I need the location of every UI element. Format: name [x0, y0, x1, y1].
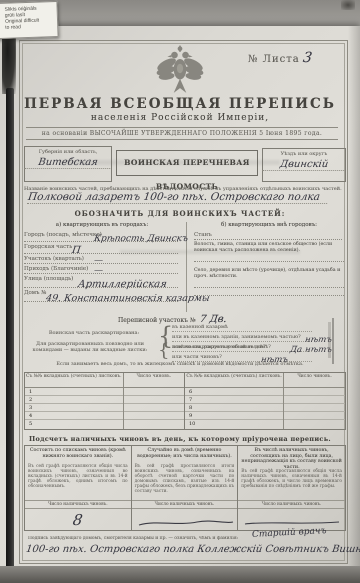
dotted-rule: [194, 280, 344, 288]
census-precinct-label: Переписной участокъ №: [118, 317, 196, 324]
field-parish-value: —: [93, 266, 103, 276]
dotted-rule: [172, 341, 312, 342]
present-ranks-column-1: Состоитъ по спискамъ чиновъ (кромѣ нижня…: [25, 446, 132, 530]
district-box: Уѣздъ или округъ Двинскій: [262, 148, 346, 182]
city-quartering-column: а) квартирующихъ въ городахъ: Городъ (по…: [24, 222, 180, 304]
field-street-label: Улица (площадь): [24, 276, 73, 282]
sheet-number: № Листа3: [248, 50, 313, 66]
table-row: [284, 388, 345, 396]
field-street: Улица (площадь) Артиллерійская: [24, 276, 180, 290]
insert-sheets-left-half: Съ №№ вкладныхъ (счетныхъ) листковъ. 1 2…: [25, 373, 185, 429]
field-precinct-block: Участокъ (кварталъ) —: [24, 256, 180, 266]
count-value: 8: [72, 511, 84, 529]
insert-sheets-right-half: Съ №№ вкладныхъ (счетныхъ) листковъ. 6 7…: [185, 373, 345, 429]
field-house-label: Домъ №: [24, 290, 47, 296]
ink-bleedthrough: [120, 250, 300, 254]
table-row: 5: [25, 420, 123, 428]
sheet-number-value: 3: [302, 50, 314, 66]
quartering-option: или въ казенномъ зданіи, занимаемомъ час…: [172, 334, 332, 344]
scanned-census-form: Slikts oriģināls grūti lasīt Original di…: [0, 0, 360, 583]
present-ranks-column-2: Случайно въ домѣ (временно водворенные; …: [132, 446, 239, 530]
table-row: [284, 404, 345, 412]
field-block-label: Участокъ (кварталъ): [24, 256, 84, 262]
dotted-rule: [172, 331, 312, 332]
sheet-number-column: Съ №№ вкладныхъ (счетныхъ) листковъ. 1 2…: [25, 373, 124, 429]
table-row: [124, 412, 184, 420]
sheet-number-label: № Листа: [248, 54, 300, 65]
whole-house-note: Если занимаетъ весь домъ, то въ жилецком…: [0, 361, 360, 367]
district-label: Уѣздъ или округъ: [263, 151, 345, 157]
column-note: Въ сей графѣ проставляются итоги воински…: [135, 465, 235, 499]
dash-flourish: [243, 518, 341, 528]
imperial-eagle-emblem: [156, 44, 204, 96]
city-column-heading: а) квартирующихъ въ городахъ:: [24, 222, 180, 228]
quartering-group1-label: Воинская часть расквартирована:: [34, 330, 154, 336]
field-city-part-label: Городская часть: [24, 244, 72, 250]
province-label: Губернія или область,: [25, 149, 111, 155]
archive-label: Slikts oriģināls grūti lasīt Original di…: [0, 1, 59, 39]
dotted-rule: [194, 288, 344, 296]
archive-label-line: to read: [5, 23, 55, 31]
table-row: 8: [185, 404, 283, 412]
table-row: 3: [25, 404, 123, 412]
rural-quartering-column: б) квартирующихъ внѣ городовъ: Станъ Вол…: [194, 222, 344, 296]
brace-glyph: {: [158, 340, 169, 361]
rank-count-header: Число чиновъ.: [124, 373, 184, 388]
quartering-option-label: всей части, расположенной въ домѣ?: [172, 344, 271, 350]
torn-corner-mark: [341, 0, 355, 10]
table-row: [124, 396, 184, 404]
quartering-option: въ казенной казармѣ: [172, 324, 332, 334]
table-row: 6: [185, 388, 283, 396]
column-header: Состоитъ по спискамъ чиновъ (кромѣ нижня…: [28, 448, 128, 465]
table-row: 7: [185, 396, 283, 404]
table-row: 4: [25, 412, 123, 420]
field-block-value: —: [93, 256, 103, 266]
table-row: 1: [25, 388, 123, 396]
insert-sheets-table: Съ №№ вкладныхъ (счетныхъ) листковъ. 1 2…: [24, 372, 346, 430]
field-stan-label: Станъ: [194, 232, 212, 238]
census-title: ПЕРВАЯ ВСЕОБЩАЯ ПЕРЕПИСЬ: [0, 96, 360, 112]
census-subtitle: населенія Россійской Имперіи,: [0, 113, 360, 123]
scan-bottom-shadow: [0, 566, 360, 583]
count-value-cell: 8: [28, 510, 128, 528]
count-label: Число наличныхъ чиновъ.: [238, 500, 345, 509]
count-label: Число наличныхъ чиновъ.: [132, 500, 238, 509]
present-ranks-table: Состоитъ по спискамъ чиновъ (кромѣ нижня…: [24, 445, 346, 531]
field-street-value: Артиллерійская: [77, 279, 167, 290]
column-note: Въ сей графѣ проставляются общія числа в…: [28, 465, 128, 499]
field-stan: Станъ: [194, 232, 344, 242]
field-city-value: Крѣпость Двинскъ: [93, 234, 188, 244]
dash-flourish: [137, 518, 235, 528]
quartering-option-label: или въ казенномъ зданіи, занимаемомъ час…: [172, 334, 301, 340]
table-row: [284, 412, 345, 420]
binding-strip: [6, 88, 14, 583]
field-city: Городъ (посадъ, мѣстечко) Крѣпость Двинс…: [24, 232, 180, 244]
count-label: Число наличныхъ чиновъ.: [25, 500, 131, 509]
rank-count-column: Число чиновъ.: [124, 373, 184, 429]
rural-column-heading: б) квартирующихъ внѣ городовъ:: [194, 222, 344, 228]
sheet-number-header: Съ №№ вкладныхъ (счетныхъ) листковъ.: [25, 373, 123, 388]
quartering-option-label: или части чиновъ?: [172, 354, 222, 360]
table-row: [284, 396, 345, 404]
column-header: Случайно въ домѣ (временно водворенные; …: [135, 448, 235, 465]
table-row: [284, 420, 345, 428]
unit-name-value: Полковой лазаретъ 100-го пѣх. Островскаг…: [27, 191, 329, 204]
signature-caption: Подпись завѣдующаго домомъ, смотрителя к…: [28, 536, 288, 541]
sheet-number-column: Съ №№ вкладныхъ (счетныхъ) листковъ. 6 7…: [185, 373, 284, 429]
dotted-rule: [194, 254, 344, 262]
sheet-number-header: Съ №№ вкладныхъ (счетныхъ) листковъ.: [185, 373, 283, 388]
column-header: Въ числѣ наличныхъ чиновъ, состоящихъ на…: [241, 448, 342, 470]
vertical-imprint: [332, 318, 334, 364]
rank-count-column: Число чиновъ.: [284, 373, 345, 429]
quartering-option-label: въ казенной казармѣ: [172, 324, 228, 330]
law-reference-line: на основаніи ВЫСОЧАЙШЕ УТВЕРЖДЕННАГО ПОЛ…: [26, 127, 338, 140]
ink-bleedthrough: [60, 160, 280, 165]
table-row: 9: [185, 412, 283, 420]
present-ranks-column-3: Въ числѣ наличныхъ чиновъ, состоящихъ на…: [238, 446, 345, 530]
signature-line: 100-го пѣх. Островскаго полка Коллежскій…: [25, 544, 357, 555]
dotted-rule: [194, 239, 342, 240]
field-parish-label: Приходъ (Благочиніе): [24, 266, 88, 272]
table-row: [124, 420, 184, 428]
field-house: Домъ № 49. Константиновскія казармы: [24, 290, 180, 304]
column-note: Въ сей графѣ проставляются общія числа н…: [241, 470, 342, 499]
count-section-title: Подсчетъ наличныхъ чиновъ въ день, къ ко…: [0, 435, 360, 443]
field-city-part-value: П: [71, 245, 81, 256]
table-row: 2: [25, 396, 123, 404]
section-title: ОБОЗНАЧИТЬ ДЛЯ ВОИНСКИХЪ ЧАСТЕЙ:: [0, 209, 360, 218]
table-row: [124, 388, 184, 396]
rural-field3-label: Село, деревня или мѣсто (урочище), отдѣл…: [194, 268, 344, 280]
quartering-group2-label: Для расквартированныхъ повзводно или ком…: [26, 342, 154, 353]
quartering-option: всей части, расположенной въ домѣ? Да: [172, 344, 332, 354]
count-value-cell: [135, 510, 235, 528]
field-parish: Приходъ (Благочиніе) —: [24, 266, 180, 276]
rank-count-header: Число чиновъ.: [284, 373, 345, 388]
field-house-value: 49. Константиновскія казармы: [45, 293, 210, 304]
table-row: 10: [185, 420, 283, 428]
field-city-label: Городъ (посадъ, мѣстечко): [24, 232, 102, 238]
table-row: [124, 404, 184, 412]
count-value-cell: [241, 510, 342, 528]
